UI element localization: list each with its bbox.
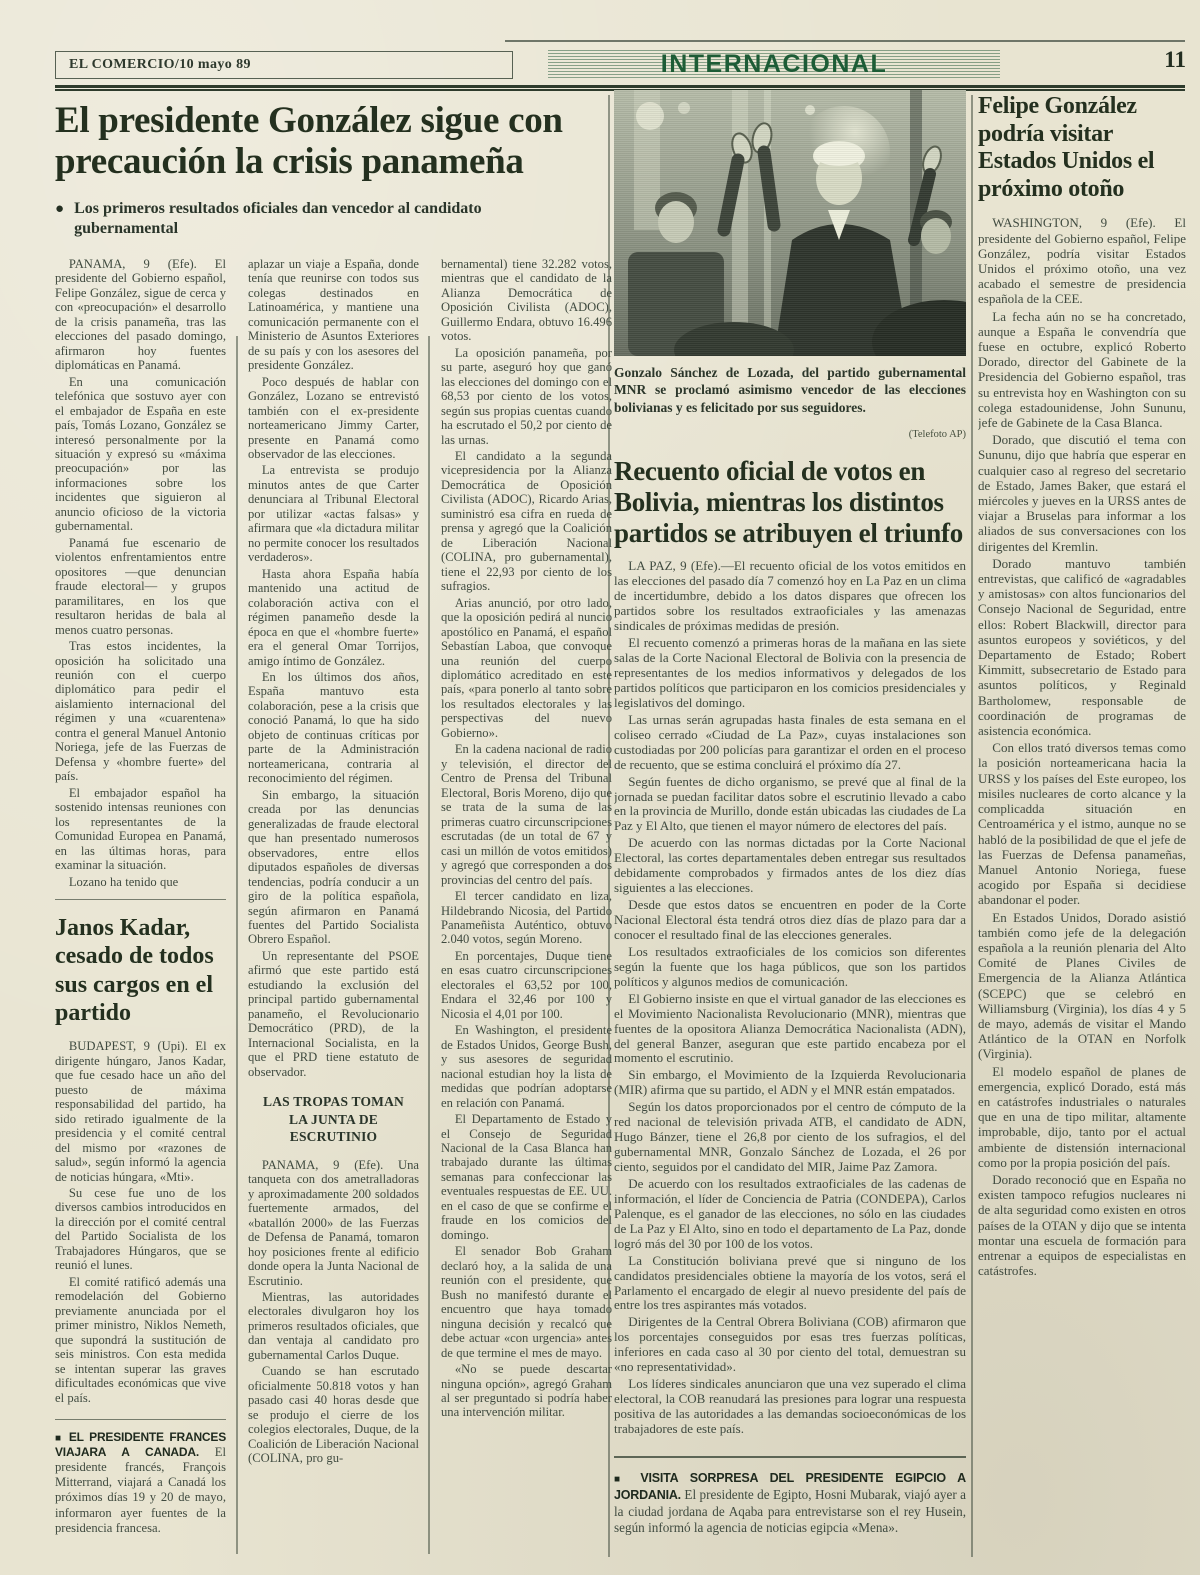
photo-illustration (614, 90, 966, 356)
paragraph: bernamental) tiene 32.282 votos, mientra… (441, 257, 612, 344)
paragraph: En Estados Unidos, Dorado asistió tambié… (978, 910, 1186, 1062)
bolivia-text: LA PAZ, 9 (Efe).—El recuento oficial de … (614, 559, 966, 1444)
paragraph: Según los datos proporcionados por el ce… (614, 1100, 966, 1175)
paragraph: Panamá fue escenario de violentos enfren… (55, 536, 226, 637)
column-divider (971, 95, 973, 1557)
paragraph: Hasta ahora España había mantenido una a… (248, 567, 419, 668)
paragraph: Sin embargo, el Movimiento de la Izquier… (614, 1068, 966, 1098)
news-photo (614, 90, 966, 356)
bullet-icon: ● (55, 199, 64, 239)
paragraph: Con ellos trató diversos temas como la p… (978, 740, 1186, 907)
paragraph: Sin embargo, la situación creada por las… (248, 788, 419, 947)
paragraph: El embajador español ha sostenido intens… (55, 786, 226, 873)
photo-credit: (Telefoto AP) (614, 429, 966, 440)
paragraph: El Gobierno insiste en que el virtual ga… (614, 992, 966, 1067)
masthead-label: EL COMERCIO/10 mayo 89 (69, 57, 251, 73)
article-headline: El presidente González sigue con precauc… (55, 100, 612, 183)
paragraph: Los líderes sindicales anunciaron que un… (614, 1377, 966, 1437)
article-panama: El presidente González sigue con precauc… (55, 100, 612, 1569)
paragraph: «No se puede descartar ninguna opción», … (441, 1362, 612, 1420)
paragraph: El senador Bob Graham declaró hoy, a la … (441, 1244, 612, 1360)
paragraph: LA PAZ, 9 (Efe).—El recuento oficial de … (614, 559, 966, 634)
paragraph: WASHINGTON, 9 (Efe). El presidente del G… (978, 215, 1186, 306)
paragraph: PANAMA, 9 (Efe). El presidente del Gobie… (55, 257, 226, 373)
paragraph: El comité ratificó además una remodelaci… (55, 1275, 226, 1405)
page-number: 11 (1128, 47, 1186, 73)
paragraph: Tras estos incidentes, la oposición ha s… (55, 639, 226, 784)
paragraph: El modelo español de planes de emergenci… (978, 1064, 1186, 1170)
paragraph: Según fuentes de dicho organismo, se pre… (614, 775, 966, 835)
masthead: EL COMERCIO/10 mayo 89 (55, 51, 513, 79)
article-subhead: ● Los primeros resultados oficiales dan … (55, 199, 585, 239)
paragraph: En los últimos dos años, España mantuvo … (248, 670, 419, 786)
paragraph: En porcentajes, Duque tiene en esas cuat… (441, 949, 612, 1021)
column-1-text: PANAMA, 9 (Efe). El presidente del Gobie… (55, 257, 226, 889)
newspaper-page: EL COMERCIO/10 mayo 89 INTERNACIONAL 11 … (0, 0, 1200, 1575)
section-banner: INTERNACIONAL (548, 48, 1000, 80)
paragraph: Mientras, las autoridades electorales di… (248, 1290, 419, 1362)
paragraph: Dorado reconoció que en España no existe… (978, 1172, 1186, 1278)
paragraph: Los resultados extraoficiales de los com… (614, 945, 966, 990)
paragraph: De acuerdo con los resultados extraofici… (614, 1177, 966, 1252)
paragraph: Dorado, que discutió el tema con Sununu,… (978, 432, 1186, 554)
paragraph: Un representante del PSOE afirmó que est… (248, 949, 419, 1079)
header-top-rule (505, 40, 1185, 42)
paragraph: El candidato a la segunda vicepresidenci… (441, 449, 612, 594)
section-title: INTERNACIONAL (661, 50, 887, 79)
paragraph: La Constitución boliviana prevé que si n… (614, 1254, 966, 1314)
brief-france-title: EL PRESIDENTE FRANCES VIAJARA A CANADA. (55, 1430, 226, 1459)
paragraph: La entrevista se produjo minutos antes d… (248, 463, 419, 564)
column-2-text-b: PANAMA, 9 (Efe). Una tanqueta con dos am… (248, 1158, 419, 1466)
kadar-text: BUDAPEST, 9 (Upi). El ex dirigente húnga… (55, 1039, 226, 1405)
article-columns: PANAMA, 9 (Efe). El presidente del Gobie… (55, 257, 612, 1569)
paragraph: Poco después de hablar con González, Loz… (248, 375, 419, 462)
paragraph: PANAMA, 9 (Efe). Una tanqueta con dos am… (248, 1158, 419, 1288)
brief-france-text: ■ EL PRESIDENTE FRANCES VIAJARA A CANADA… (55, 1430, 226, 1536)
column-1: PANAMA, 9 (Efe). El presidente del Gobie… (55, 257, 226, 1569)
brief-egypt: ■ VISITA SORPRESA DEL PRESIDENTE EGIPCIO… (614, 1456, 966, 1536)
column-2: aplazar un viaje a España, donde tenía q… (248, 257, 419, 1569)
paragraph: El Departamento de Estado y el Consejo d… (441, 1112, 612, 1242)
paragraph: Desde que estos datos se encuentren en p… (614, 898, 966, 943)
brief-france: ■ EL PRESIDENTE FRANCES VIAJARA A CANADA… (55, 1419, 226, 1536)
article-felipe: Felipe González podría visitar Estados U… (978, 93, 1186, 1558)
paragraph: Cuando se han escrutado oficialmente 50.… (248, 1364, 419, 1465)
crosshead-tropas: LAS TROPAS TOMAN LA JUNTA DE ESCRUTINIO (252, 1093, 415, 1146)
paragraph: En una comunicación telefónica que sostu… (55, 375, 226, 534)
paragraph: BUDAPEST, 9 (Upi). El ex dirigente húnga… (55, 1039, 226, 1184)
kadar-headline: Janos Kadar, cesado de todos sus cargos … (55, 914, 226, 1027)
paragraph: En Washington, el presidente de Estados … (441, 1023, 612, 1110)
article-kadar: Janos Kadar, cesado de todos sus cargos … (55, 899, 226, 1405)
brief-egypt-text: ■ VISITA SORPRESA DEL PRESIDENTE EGIPCIO… (614, 1470, 966, 1536)
felipe-text: WASHINGTON, 9 (Efe). El presidente del G… (978, 215, 1186, 1278)
paragraph: La oposición panameña, por su parte, ase… (441, 346, 612, 447)
square-bullet-icon: ■ (55, 1433, 63, 1444)
paragraph: Arias anunció, por otro lado, que la opo… (441, 596, 612, 741)
article-bolivia: Gonzalo Sánchez de Lozada, del partido g… (614, 90, 966, 1565)
paragraph: Dorado mantuvo también entrevistas, que … (978, 556, 1186, 738)
column-2-text-a: aplazar un viaje a España, donde tenía q… (248, 257, 419, 1079)
photo-caption: Gonzalo Sánchez de Lozada, del partido g… (614, 364, 966, 416)
paragraph: Las urnas serán agrupadas hasta finales … (614, 713, 966, 773)
column-3-text: bernamental) tiene 32.282 votos, mientra… (441, 257, 612, 1420)
paragraph: aplazar un viaje a España, donde tenía q… (248, 257, 419, 373)
paragraph: En la cadena nacional de radio y televis… (441, 742, 612, 887)
paragraph: Lozano ha tenido que (55, 875, 226, 889)
paragraph: Dirigentes de la Central Obrera Bolivian… (614, 1315, 966, 1375)
subhead-text: Los primeros resultados oficiales dan ve… (74, 199, 585, 239)
felipe-headline: Felipe González podría visitar Estados U… (978, 93, 1186, 203)
paragraph: Su cese fue uno de los diversos cambios … (55, 1186, 226, 1273)
paragraph: De acuerdo con las normas dictadas por l… (614, 836, 966, 896)
column-3: bernamental) tiene 32.282 votos, mientra… (441, 257, 612, 1569)
paragraph: El tercer candidato en liza, Hildebrando… (441, 889, 612, 947)
paragraph: El recuento comenzó a primeras horas de … (614, 636, 966, 711)
paragraph: La fecha aún no se ha concretado, aunque… (978, 309, 1186, 431)
bolivia-headline: Recuento oficial de votos en Bolivia, mi… (614, 456, 966, 549)
square-bullet-icon: ■ (614, 1474, 629, 1485)
